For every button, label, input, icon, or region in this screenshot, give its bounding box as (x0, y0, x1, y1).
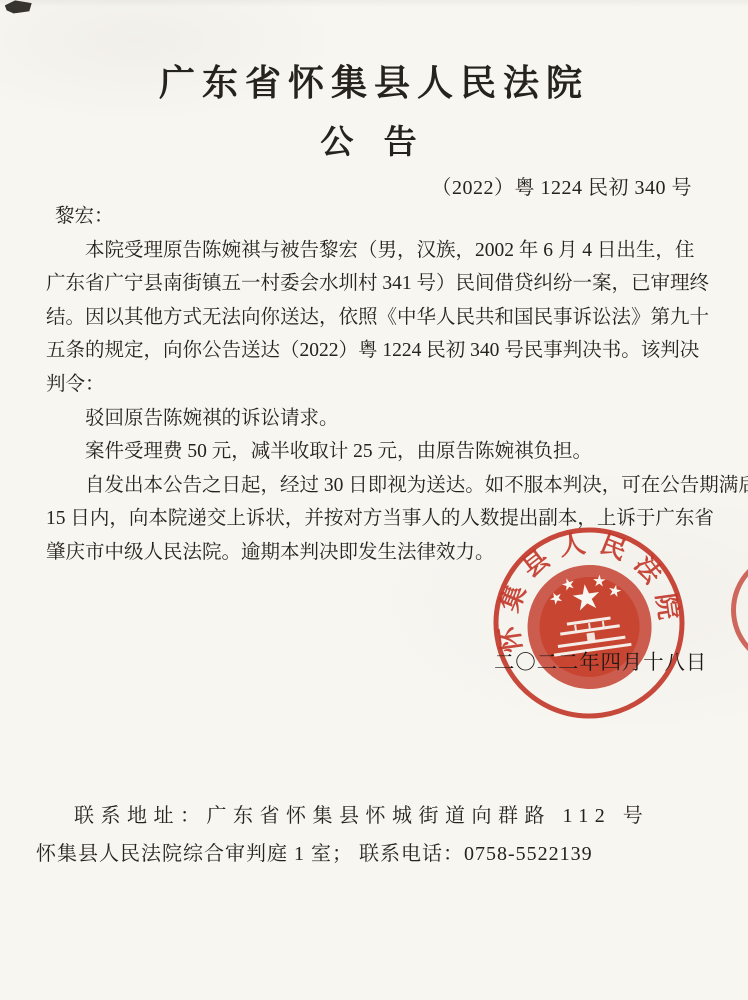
body-line: 本院受理原告陈婉祺与被告黎宏（男，汉族，2002 年 6 月 4 日出生，住 (46, 234, 722, 268)
body-line: 结。因以其他方式无法向你送达，依照《中华人民共和国民事诉讼法》第九十 (46, 301, 722, 335)
announcement-body: 黎宏： 本院受理原告陈婉祺与被告黎宏（男，汉族，2002 年 6 月 4 日出生… (46, 200, 722, 570)
body-line: 五条的规定，向你公告送达（2022）粤 1224 民初 340 号民事判决书。该… (46, 334, 722, 368)
body-line: 判令： (46, 368, 722, 402)
contact-address-line1: 联系地址：广东省怀集县怀城街道向群路 112 号 (36, 797, 726, 835)
seal-fragment-artifact (731, 552, 748, 668)
body-line: 驳回原告陈婉祺的诉讼请求。 (46, 402, 722, 436)
contact-address-line2: 怀集县人民法院综合审判庭 1 室； 联系电话：0758-5522139 (36, 835, 726, 873)
document-type-heading: 公 告 (0, 116, 748, 163)
official-court-seal-icon: 怀集县人民法院 (489, 523, 689, 723)
body-line: 自发出本公告之日起，经过 30 日即视为送达。如不服本判决，可在公告期满后 (46, 469, 722, 503)
addressee-name: 黎宏： (46, 200, 722, 234)
court-name-title: 广东省怀集县人民法院 (0, 55, 748, 106)
issue-date: 二〇二二年四月十八日 (494, 645, 707, 675)
scan-artifact-mark (4, 0, 32, 14)
case-number: （2022）粤 1224 民初 340 号 (432, 171, 693, 200)
body-lines: 本院受理原告陈婉祺与被告黎宏（男，汉族，2002 年 6 月 4 日出生，住广东… (46, 234, 722, 570)
scanned-court-announcement: 广东省怀集县人民法院 公 告 （2022）粤 1224 民初 340 号 黎宏：… (0, 0, 748, 1000)
body-line: 广东省广宁县南街镇五一村委会水圳村 341 号）民间借贷纠纷一案，已审理终 (46, 267, 722, 301)
body-line: 案件受理费 50 元，减半收取计 25 元，由原告陈婉祺负担。 (46, 435, 722, 469)
contact-info: 联系地址：广东省怀集县怀城街道向群路 112 号 怀集县人民法院综合审判庭 1 … (36, 797, 726, 873)
